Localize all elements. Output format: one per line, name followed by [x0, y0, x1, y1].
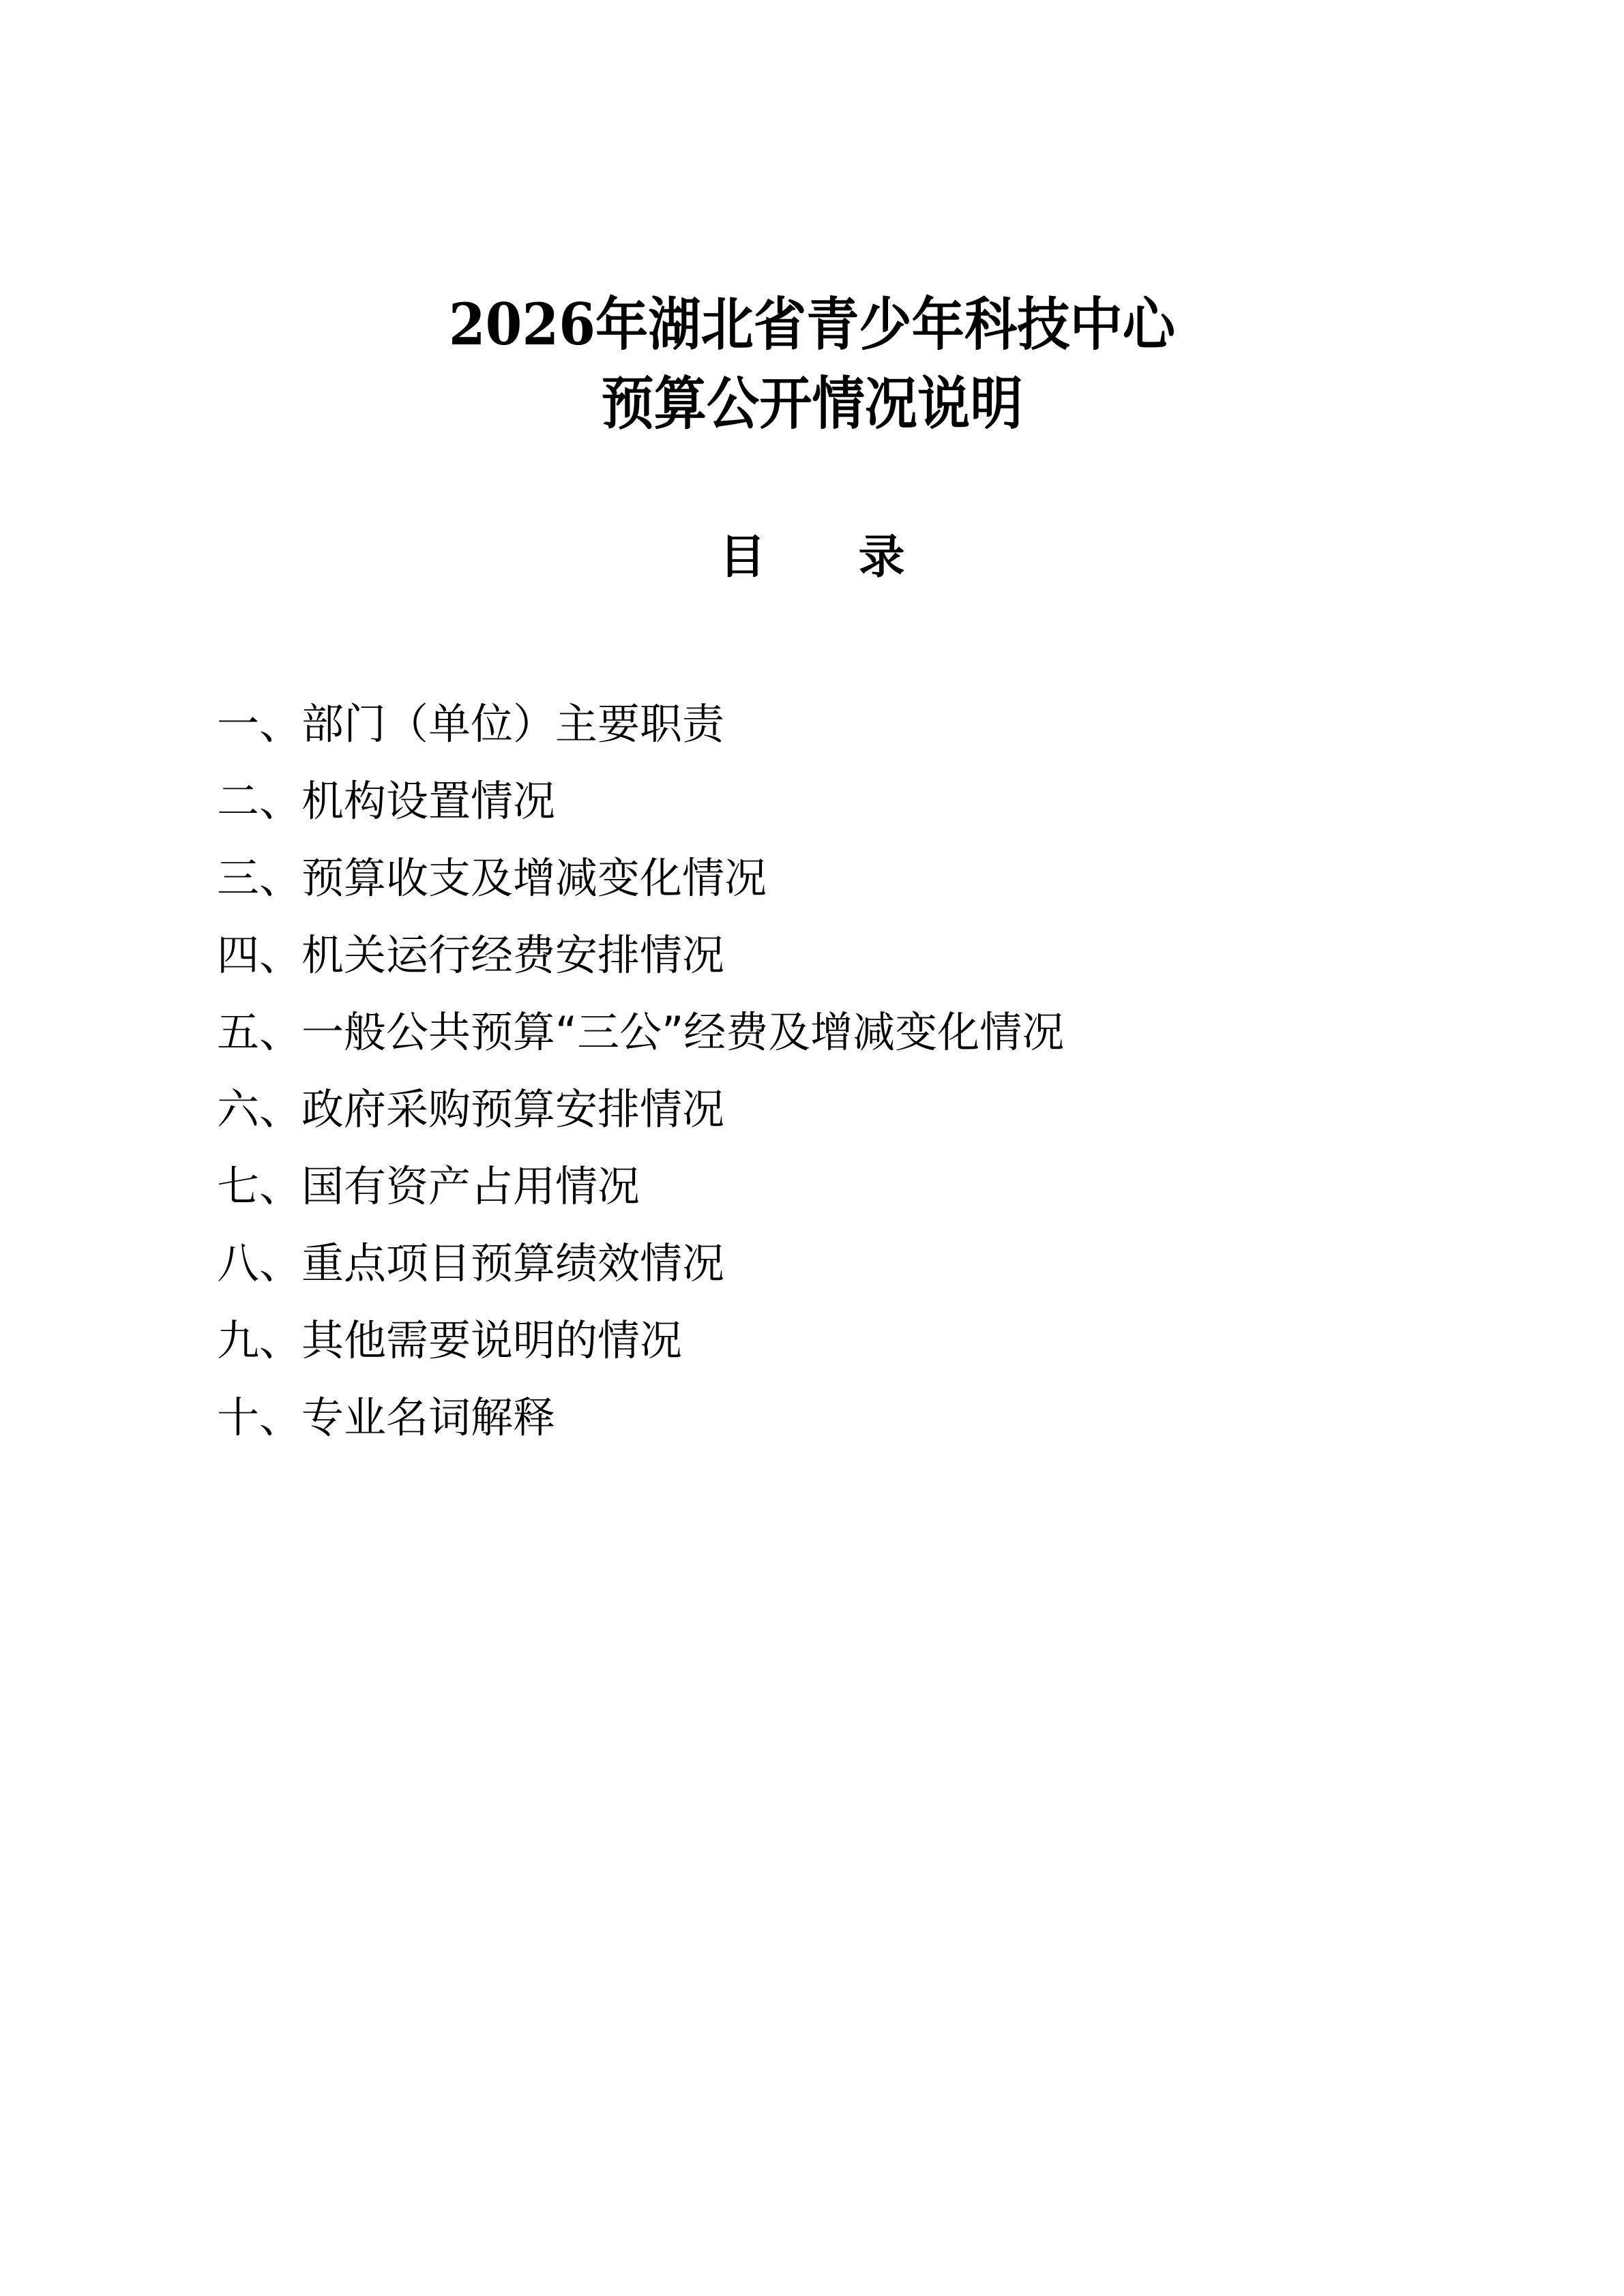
toc-item-budget-income-expense[interactable]: 三、预算收支及增减变化情况	[217, 839, 1064, 916]
toc-heading-char-1: 目	[719, 526, 765, 588]
toc-item-key-project-performance[interactable]: 八、重点项目预算绩效情况	[217, 1225, 1064, 1302]
toc-heading-char-2: 录	[859, 526, 905, 588]
toc-item-state-assets[interactable]: 七、国有资产占用情况	[217, 1148, 1064, 1225]
title-line-1: 2026年湖北省青少年科技中心	[65, 285, 1559, 364]
document-page: 2026年湖北省青少年科技中心 预算公开情况说明 目录 一、部门（单位）主要职责…	[0, 0, 1624, 2296]
toc-item-duties[interactable]: 一、部门（单位）主要职责	[217, 685, 1064, 762]
toc-item-glossary[interactable]: 十、专业名词解释	[217, 1379, 1064, 1456]
toc-item-government-procurement[interactable]: 六、政府采购预算安排情况	[217, 1071, 1064, 1148]
toc-item-operating-expenses[interactable]: 四、机关运行经费安排情况	[217, 916, 1064, 994]
table-of-contents-list: 一、部门（单位）主要职责 二、机构设置情况 三、预算收支及增减变化情况 四、机关…	[217, 685, 1064, 1456]
document-title: 2026年湖北省青少年科技中心 预算公开情况说明	[0, 285, 1624, 443]
toc-item-other-notes[interactable]: 九、其他需要说明的情况	[217, 1302, 1064, 1379]
title-line-2: 预算公开情况说明	[65, 364, 1559, 443]
toc-item-three-public-expenses[interactable]: 五、一般公共预算“三公”经费及增减变化情况	[217, 994, 1064, 1071]
toc-item-organization[interactable]: 二、机构设置情况	[217, 762, 1064, 839]
table-of-contents-heading: 目录	[0, 526, 1624, 588]
